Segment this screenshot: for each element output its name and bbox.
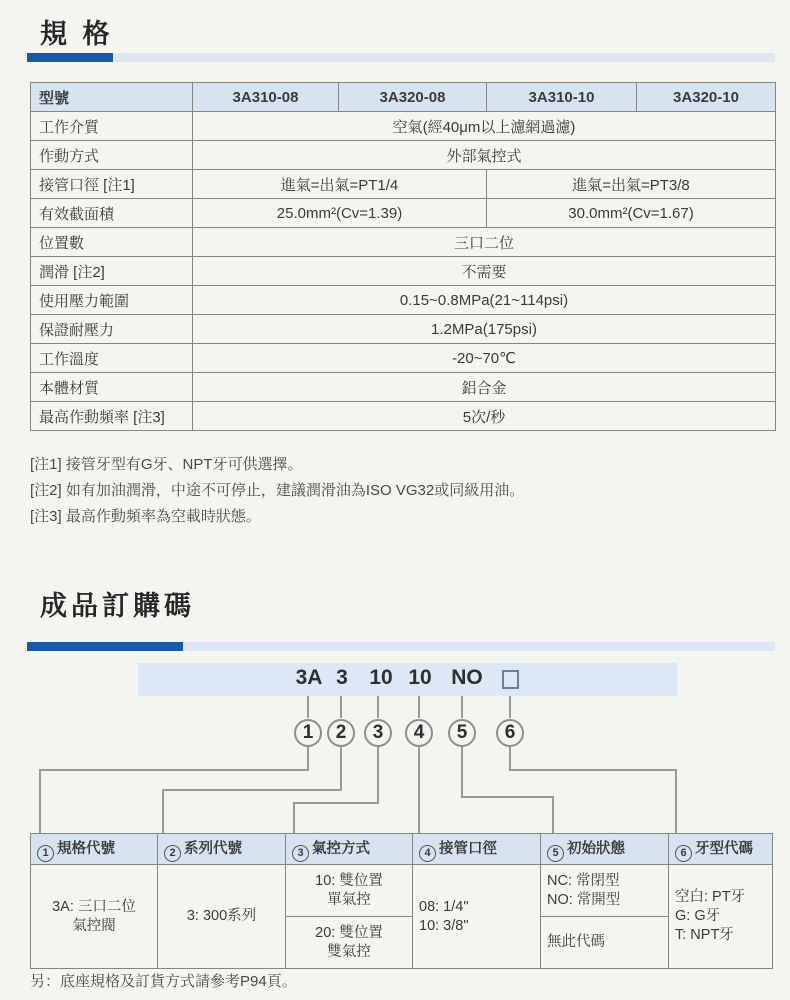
spec-header-model-3: 3A310-10 [487,83,637,112]
spec-row-value: 進氣=出氣=PT3/8 [487,170,776,199]
spec-row-label: 工作介質 [31,112,193,141]
order-section-title: 成品訂購碼 [40,584,195,623]
spec-row-value: 外部氣控式 [193,141,776,170]
spec-row-value: -20~70℃ [193,344,776,373]
order-header-label: 氣控方式 [312,841,370,857]
spec-header-model: 型號 [31,83,193,112]
order-code-part-2: 3 [336,666,348,690]
order-circle-1: 1 [294,719,322,747]
spec-row-value: 不需要 [193,257,776,286]
spec-header-model-4: 3A320-10 [637,83,776,112]
order-circle-6: 6 [496,719,524,747]
table-row: 有效截面積 25.0mm²(Cv=1.39) 30.0mm²(Cv=1.67) [31,199,776,228]
spec-note-2: [注2] 如有加油潤滑，中途不可停止，建議潤滑油為ISO VG32或同級用油。 [30,478,524,504]
order-header-3: 3氣控方式 [286,834,413,865]
order-cell-initial-state-bottom: 無此代碼 [541,917,669,969]
spec-row-value: 進氣=出氣=PT1/4 [193,170,487,199]
spec-row-label: 使用壓力範圍 [31,286,193,315]
order-circle-3: 3 [364,719,392,747]
circled-number-icon: 4 [419,845,436,862]
spec-table: 型號 3A310-08 3A320-08 3A310-10 3A320-10 工… [30,82,776,431]
spec-row-value: 30.0mm²(Cv=1.67) [487,199,776,228]
order-title-underline-accent [27,642,183,651]
table-row: 作動方式 外部氣控式 [31,141,776,170]
table-row: 接管口徑 [注1] 進氣=出氣=PT1/4 進氣=出氣=PT3/8 [31,170,776,199]
order-header-label: 規格代號 [57,841,115,857]
order-cell-pilot-type-top: 10: 雙位置 單氣控 [286,865,413,917]
order-header-4: 4接管口徑 [413,834,541,865]
order-cell-port-size: 08: 1/4" 10: 3/8" [413,865,541,969]
table-row: 保證耐壓力 1.2MPa(175psi) [31,315,776,344]
order-table-header-row: 1規格代號 2系列代號 3氣控方式 4接管口徑 5初始狀態 6牙型代碼 [31,834,773,865]
spec-row-value: 25.0mm²(Cv=1.39) [193,199,487,228]
circled-number-icon: 2 [164,845,181,862]
spec-row-label: 位置數 [31,228,193,257]
table-row: 本體材質 鋁合金 [31,373,776,402]
order-header-label: 初始狀態 [567,841,625,857]
order-header-label: 牙型代碼 [695,841,753,857]
spec-row-label: 作動方式 [31,141,193,170]
spec-note-3: [注3] 最高作動頻率為空載時狀態。 [30,504,524,530]
order-code-part-1: 3A [296,666,323,690]
order-cell-initial-state-top: NC: 常閉型 NO: 常開型 [541,865,669,917]
order-circle-4: 4 [405,719,433,747]
order-code-part-4: 10 [408,666,431,690]
order-cell-series-code: 3: 300系列 [158,865,286,969]
table-row: 3A: 三口二位 氣控閥 3: 300系列 10: 雙位置 單氣控 08: 1/… [31,865,773,917]
spec-row-value: 0.15~0.8MPa(21~114psi) [193,286,776,315]
circled-number-icon: 6 [675,845,692,862]
spec-row-value: 1.2MPa(175psi) [193,315,776,344]
circled-number-icon: 5 [547,845,564,862]
order-footnote: 另：底座規格及訂貨方式請參考P94頁。 [30,970,297,991]
table-row: 潤滑 [注2] 不需要 [31,257,776,286]
order-code-blank-box-icon [502,670,519,689]
order-code-part-5: NO [451,666,483,690]
order-header-label: 系列代號 [184,841,242,857]
table-row: 使用壓力範圍 0.15~0.8MPa(21~114psi) [31,286,776,315]
spec-header-model-1: 3A310-08 [193,83,339,112]
table-row: 工作溫度 -20~70℃ [31,344,776,373]
order-code-table: 1規格代號 2系列代號 3氣控方式 4接管口徑 5初始狀態 6牙型代碼 3A: … [30,833,773,969]
order-circle-5: 5 [448,719,476,747]
spec-title-underline-accent [27,53,113,62]
spec-row-label: 本體材質 [31,373,193,402]
order-cell-spec-code: 3A: 三口二位 氣控閥 [31,865,158,969]
table-row: 最高作動頻率 [注3] 5次/秒 [31,402,776,431]
order-cell-pilot-type-bottom: 20: 雙位置 雙氣控 [286,917,413,969]
order-header-5: 5初始狀態 [541,834,669,865]
table-row: 位置數 三口二位 [31,228,776,257]
spec-row-label: 最高作動頻率 [注3] [31,402,193,431]
spec-title-underline [27,53,775,62]
spec-notes: [注1] 接管牙型有G牙、NPT牙可供選擇。 [注2] 如有加油潤滑，中途不可停… [30,452,524,530]
spec-row-value: 空氣(經40μm以上濾網過濾) [193,112,776,141]
order-code-part-3: 10 [369,666,392,690]
order-title-underline [27,642,775,651]
spec-row-value: 鋁合金 [193,373,776,402]
circled-number-icon: 1 [37,845,54,862]
table-row: 工作介質 空氣(經40μm以上濾網過濾) [31,112,776,141]
spec-row-label: 有效截面積 [31,199,193,228]
spec-row-label: 接管口徑 [注1] [31,170,193,199]
spec-header-model-2: 3A320-08 [339,83,487,112]
spec-row-label: 工作溫度 [31,344,193,373]
order-cell-thread-code: 空白: PT牙 G: G牙 T: NPT牙 [669,865,773,969]
spec-table-header-row: 型號 3A310-08 3A320-08 3A310-10 3A320-10 [31,83,776,112]
spec-row-value: 5次/秒 [193,402,776,431]
order-header-1: 1規格代號 [31,834,158,865]
circled-number-icon: 3 [292,845,309,862]
spec-note-1: [注1] 接管牙型有G牙、NPT牙可供選擇。 [30,452,524,478]
spec-row-label: 保證耐壓力 [31,315,193,344]
order-header-label: 接管口徑 [439,841,497,857]
spec-section-title: 規 格 [40,12,114,51]
order-header-2: 2系列代號 [158,834,286,865]
spec-row-label: 潤滑 [注2] [31,257,193,286]
order-header-6: 6牙型代碼 [669,834,773,865]
catalog-page: 規 格 型號 3A310-08 3A320-08 3A310-10 3A320-… [0,0,790,1000]
order-circle-2: 2 [327,719,355,747]
spec-row-value: 三口二位 [193,228,776,257]
